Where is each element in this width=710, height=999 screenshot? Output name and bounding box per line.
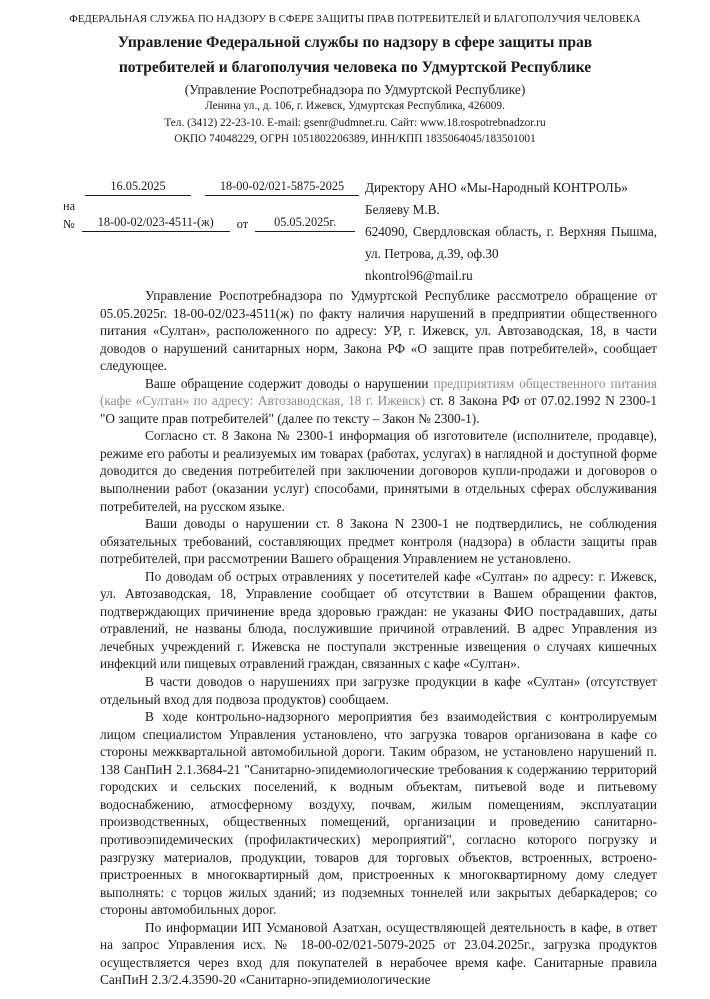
recipient-name: Беляеву М.В. xyxy=(365,199,657,221)
requisites-line: ОКПО 74048229, ОГРН 1051802206389, ИНН/К… xyxy=(0,131,710,148)
recipient-email: nkontrol96@mail.ru xyxy=(365,265,657,287)
federal-service-name: ФЕДЕРАЛЬНАЯ СЛУЖБА ПО НАДЗОРУ В СФЕРЕ ЗА… xyxy=(66,12,644,26)
recipient-address: 624090, Свердловская область, г. Верхняя… xyxy=(365,221,657,265)
na-label: на xyxy=(63,198,361,214)
appeal-text-start: Ваше обращение содержит доводы о нарушен… xyxy=(145,376,434,391)
paragraph-intro: Управление Роспотребнадзора по Удмуртско… xyxy=(100,287,657,375)
recipient-block: Директору АНО «Мы-Народный КОНТРОЛЬ» Бел… xyxy=(365,177,657,287)
reference-block: 16.05.2025 18-00-02/021-5875-2025 на № 1… xyxy=(63,178,361,232)
paragraph-poisoning-claims: По доводам об острых отравлениях у посет… xyxy=(100,568,657,673)
outgoing-number-field: 18-00-02/021-5875-2025 xyxy=(205,178,359,196)
number-sign-label: № xyxy=(63,216,75,232)
incoming-date-field: 05.05.2025г. xyxy=(255,214,355,232)
contact-line: Тел. (3412) 22-23-10. E-mail: gsenr@udmn… xyxy=(0,115,710,132)
paragraph-ip-information: По информации ИП Усмановой Азатхан, осущ… xyxy=(100,919,657,989)
paragraph-appeal-contents: Ваше обращение содержит доводы о нарушен… xyxy=(100,375,657,428)
postal-address: Ленина ул., д. 106, г. Ижевск, Удмуртска… xyxy=(0,98,710,115)
paragraph-loading-claims: В части доводов о нарушениях при загрузк… xyxy=(100,673,657,708)
outgoing-reference-row: 16.05.2025 18-00-02/021-5875-2025 xyxy=(63,178,361,196)
ot-label: от xyxy=(237,216,248,232)
department-short-name: (Управление Роспотребнадзора по Удмуртск… xyxy=(0,81,710,98)
department-title: Управление Федеральной службы по надзору… xyxy=(93,30,617,80)
paragraph-law-article8: Согласно ст. 8 Закона № 2300-1 информаци… xyxy=(100,427,657,515)
paragraph-not-confirmed: Ваши доводы о нарушении ст. 8 Закона N 2… xyxy=(100,515,657,568)
outgoing-date-field: 16.05.2025 xyxy=(85,178,191,196)
incoming-number-field: 18-00-02/023-4511-(ж) xyxy=(82,214,230,232)
incoming-reference-row: № 18-00-02/023-4511-(ж) от 05.05.2025г. xyxy=(63,214,361,232)
letterhead: ФЕДЕРАЛЬНАЯ СЛУЖБА ПО НАДЗОРУ В СФЕРЕ ЗА… xyxy=(0,12,710,148)
recipient-position: Директору АНО «Мы-Народный КОНТРОЛЬ» xyxy=(365,177,657,199)
letter-body: Управление Роспотребнадзора по Удмуртско… xyxy=(100,287,657,989)
paragraph-inspection-results: В ходе контрольно-надзорного мероприятия… xyxy=(100,708,657,919)
